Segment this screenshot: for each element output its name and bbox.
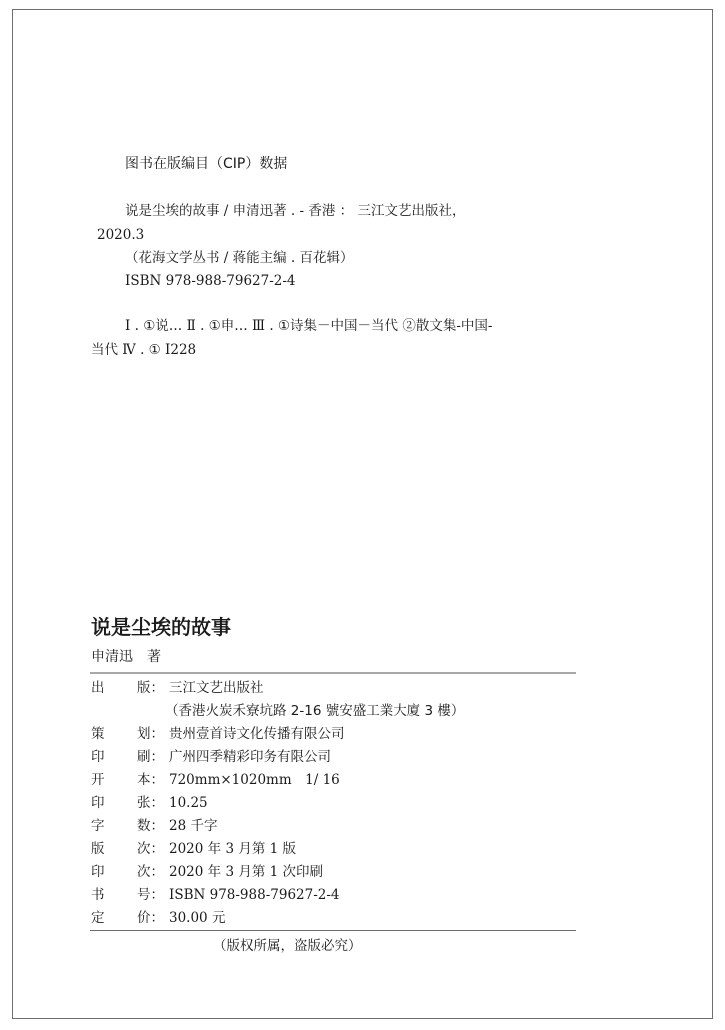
row-key: 印 [91, 794, 105, 812]
book-author: 申清迅 著 [91, 649, 161, 665]
row-key: 划： [137, 725, 164, 743]
row-key: 版： [137, 679, 164, 697]
row-key: 价： [137, 909, 164, 927]
cip-classification-cont: 当代 Ⅳ . ① I228 [91, 342, 196, 358]
row-value: ISBN 978-988-79627-2-4 [169, 886, 340, 904]
row-key: 次： [137, 840, 164, 858]
row-key: 版 [91, 840, 105, 858]
cip-record-date: 2020.3 [97, 227, 144, 243]
row-value: 贵州壹首诗文化传播有限公司 [169, 725, 345, 743]
row-key: 刷： [137, 748, 164, 766]
cip-heading: 图书在版编目（CIP）数据 [125, 156, 287, 172]
row-value: 2020 年 3 月第 1 次印刷 [169, 863, 323, 881]
row-key: 数： [137, 817, 164, 835]
cip-series: （花海文学丛书 / 蒋能主编 . 百花辑） [125, 250, 354, 266]
row-value: 28 千字 [169, 817, 217, 835]
row-value: 广州四季精彩印务有限公司 [169, 748, 331, 766]
row-key: 张： [137, 794, 164, 812]
page-border [12, 9, 713, 1019]
cip-record-line: 说是尘埃的故事 / 申清迅著 . - 香港 ： 三江文艺出版社， [125, 203, 465, 219]
publisher-address: （香港火炭禾寮坑路 2-16 號安盛工業大廈 3 樓） [165, 702, 464, 720]
row-value: 2020 年 3 月第 1 版 [169, 840, 296, 858]
cip-classification: Ⅰ . ①说… Ⅱ . ①申… Ⅲ . ①诗集－中国－当代 ②散文集-中国- [125, 318, 492, 334]
row-value: 30.00 元 [169, 909, 225, 927]
row-value: 720mm×1020mm 1/ 16 [169, 771, 340, 789]
row-key: 出 [91, 679, 105, 697]
copyright-notice: （版权所属，盗版必究） [213, 937, 362, 955]
book-title: 说是尘埃的故事 [91, 615, 231, 639]
cip-isbn: ISBN 978-988-79627-2-4 [125, 273, 296, 289]
row-key: 定 [91, 909, 105, 927]
row-value: 三江文艺出版社 [169, 679, 264, 697]
divider-bottom [90, 930, 576, 931]
row-key: 书 [91, 886, 105, 904]
row-key: 号： [137, 886, 164, 904]
row-key: 开 [91, 771, 105, 789]
row-value: 10.25 [169, 794, 208, 812]
row-key: 字 [91, 817, 105, 835]
row-key: 印 [91, 863, 105, 881]
row-key: 本： [137, 771, 164, 789]
row-key: 印 [91, 748, 105, 766]
row-key: 策 [91, 725, 105, 743]
divider-top [90, 672, 576, 674]
row-key: 次： [137, 863, 164, 881]
